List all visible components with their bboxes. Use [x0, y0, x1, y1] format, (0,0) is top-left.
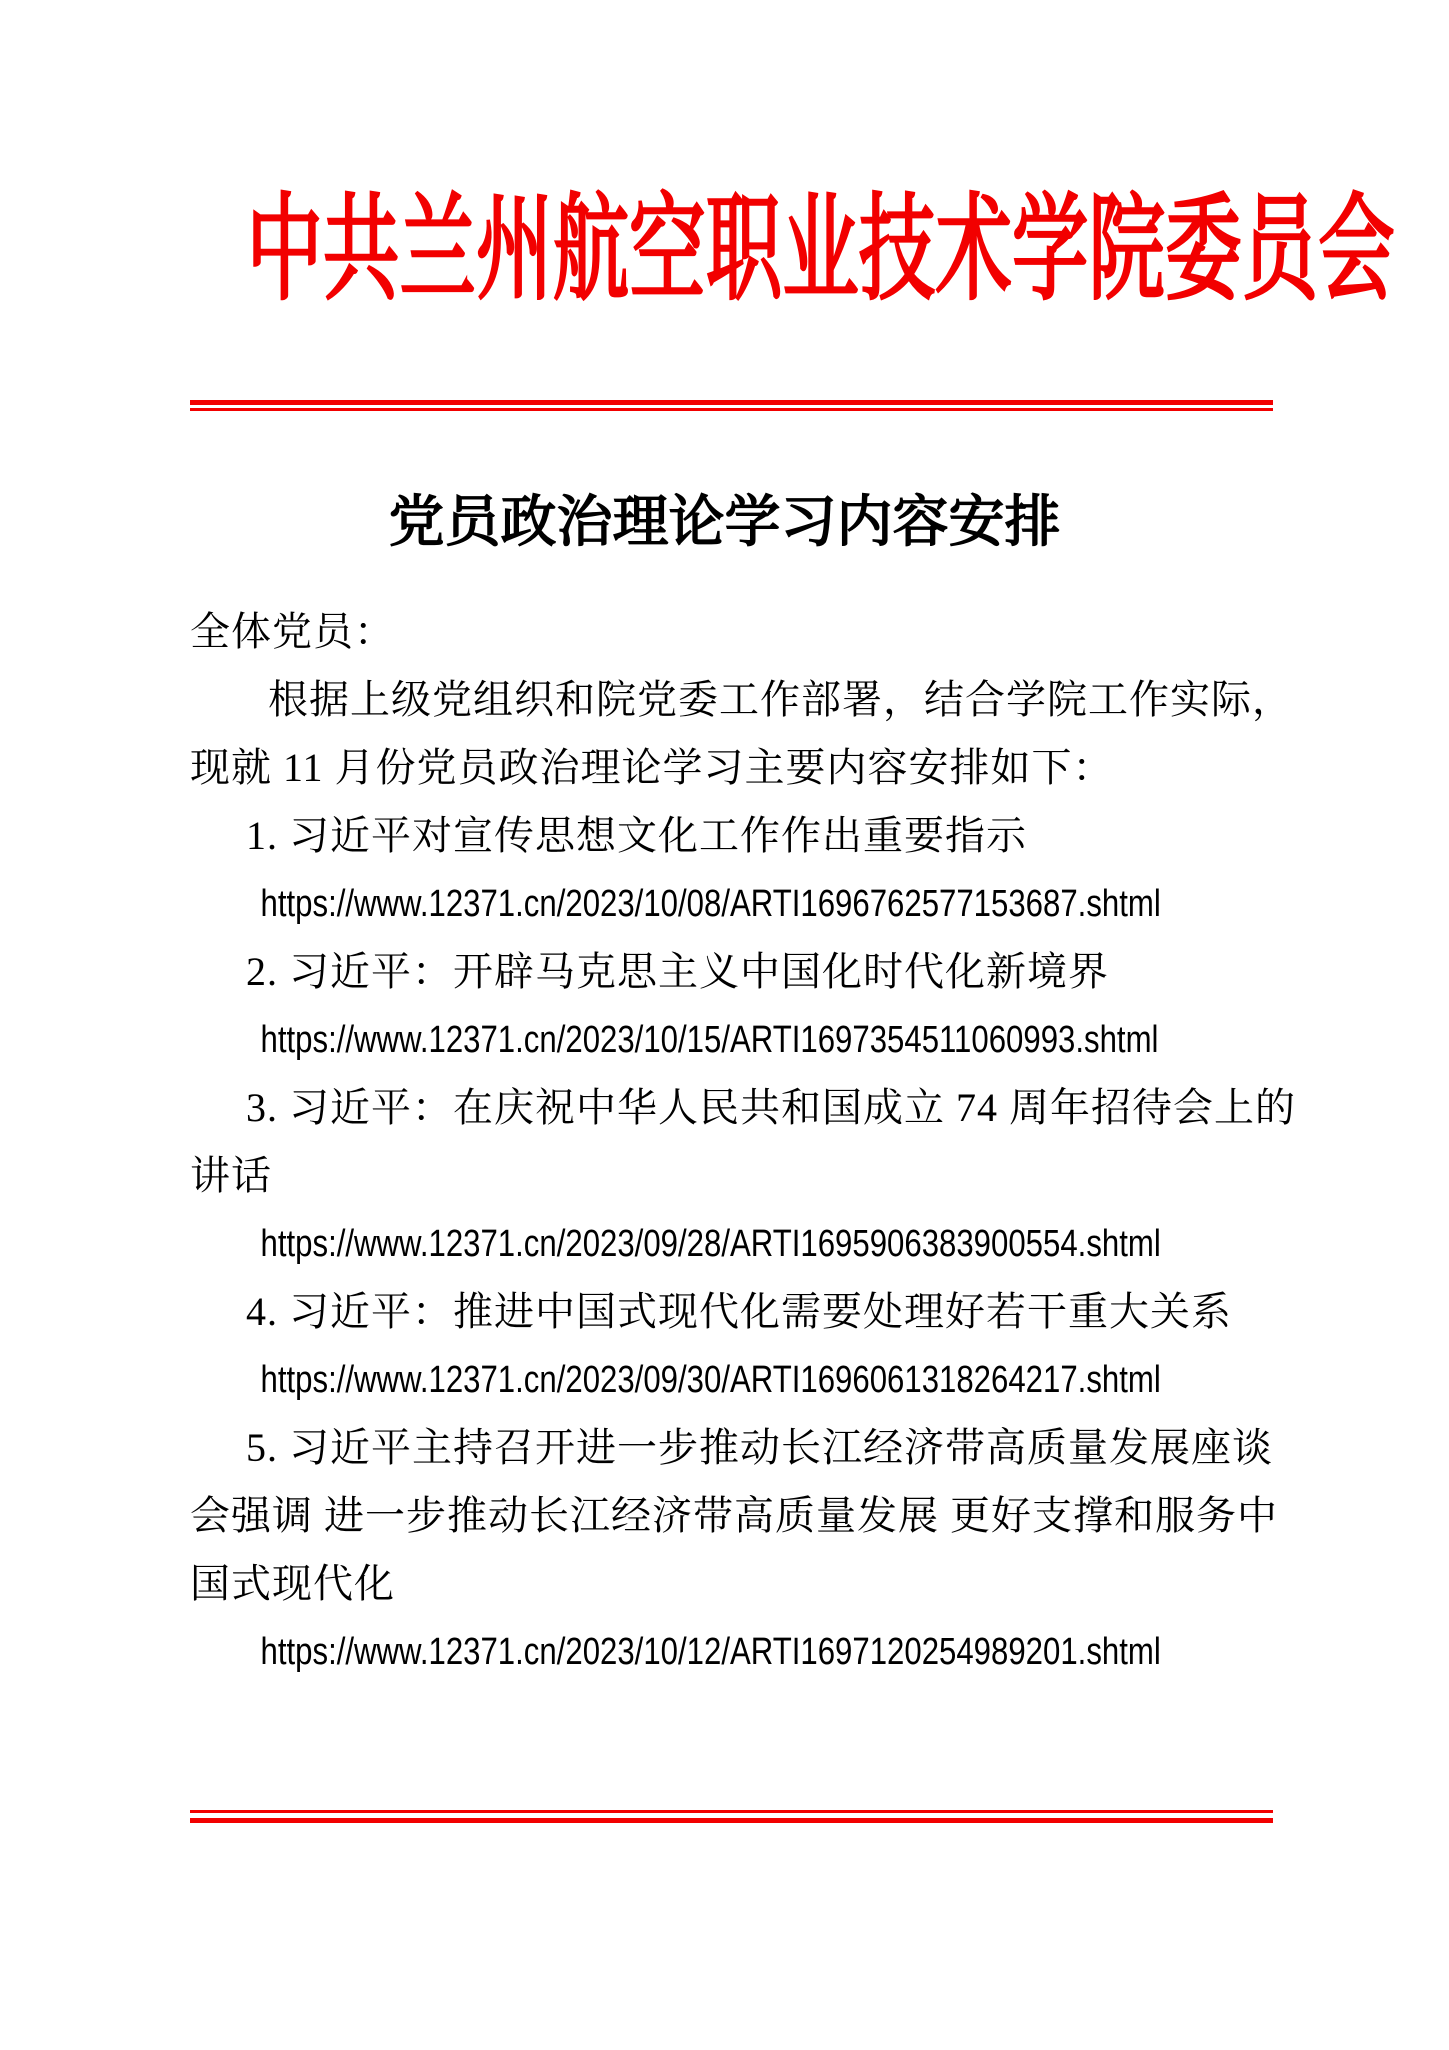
- body-line: 讲话: [190, 1142, 1275, 1210]
- body-line: 根据上级党组织和院党委工作部署，结合学院工作实际，: [190, 666, 1275, 734]
- body-line: 5. 习近平主持召开进一步推动长江经济带高质量发展座谈: [190, 1414, 1275, 1482]
- body-line: 1. 习近平对宣传思想文化工作作出重要指示: [190, 802, 1275, 870]
- url-line: https://www.12371.cn/2023/10/12/ARTI1697…: [190, 1618, 1080, 1686]
- body-line: 会强调 进一步推动长江经济带高质量发展 更好支撑和服务中: [190, 1482, 1275, 1550]
- letterhead-org-title: 中共兰州航空职业技术学院委员会: [246, 188, 1202, 314]
- body-line: 2. 习近平：开辟马克思主义中国化时代化新境界: [190, 938, 1275, 1006]
- body-line: 现就 11 月份党员政治理论学习主要内容安排如下：: [190, 734, 1275, 802]
- url-line: https://www.12371.cn/2023/10/15/ARTI1697…: [190, 1006, 1080, 1074]
- body-line: 3. 习近平：在庆祝中华人民共和国成立 74 周年招待会上的: [190, 1074, 1275, 1142]
- url-line: https://www.12371.cn/2023/09/30/ARTI1696…: [190, 1346, 1080, 1414]
- url-line: https://www.12371.cn/2023/10/08/ARTI1696…: [190, 870, 1080, 938]
- bottom-double-rule: [190, 1810, 1273, 1823]
- document-title: 党员政治理论学习内容安排: [0, 492, 1449, 554]
- body-line: 4. 习近平：推进中国式现代化需要处理好若干重大关系: [190, 1278, 1275, 1346]
- body-text: 全体党员：根据上级党组织和院党委工作部署，结合学院工作实际，现就 11 月份党员…: [190, 598, 1275, 1686]
- top-double-rule: [190, 400, 1273, 411]
- url-line: https://www.12371.cn/2023/09/28/ARTI1695…: [190, 1210, 1080, 1278]
- body-line: 国式现代化: [190, 1550, 1275, 1618]
- body-line: 全体党员：: [190, 598, 1275, 666]
- document-page: 中共兰州航空职业技术学院委员会 党员政治理论学习内容安排 全体党员：根据上级党组…: [0, 0, 1449, 2050]
